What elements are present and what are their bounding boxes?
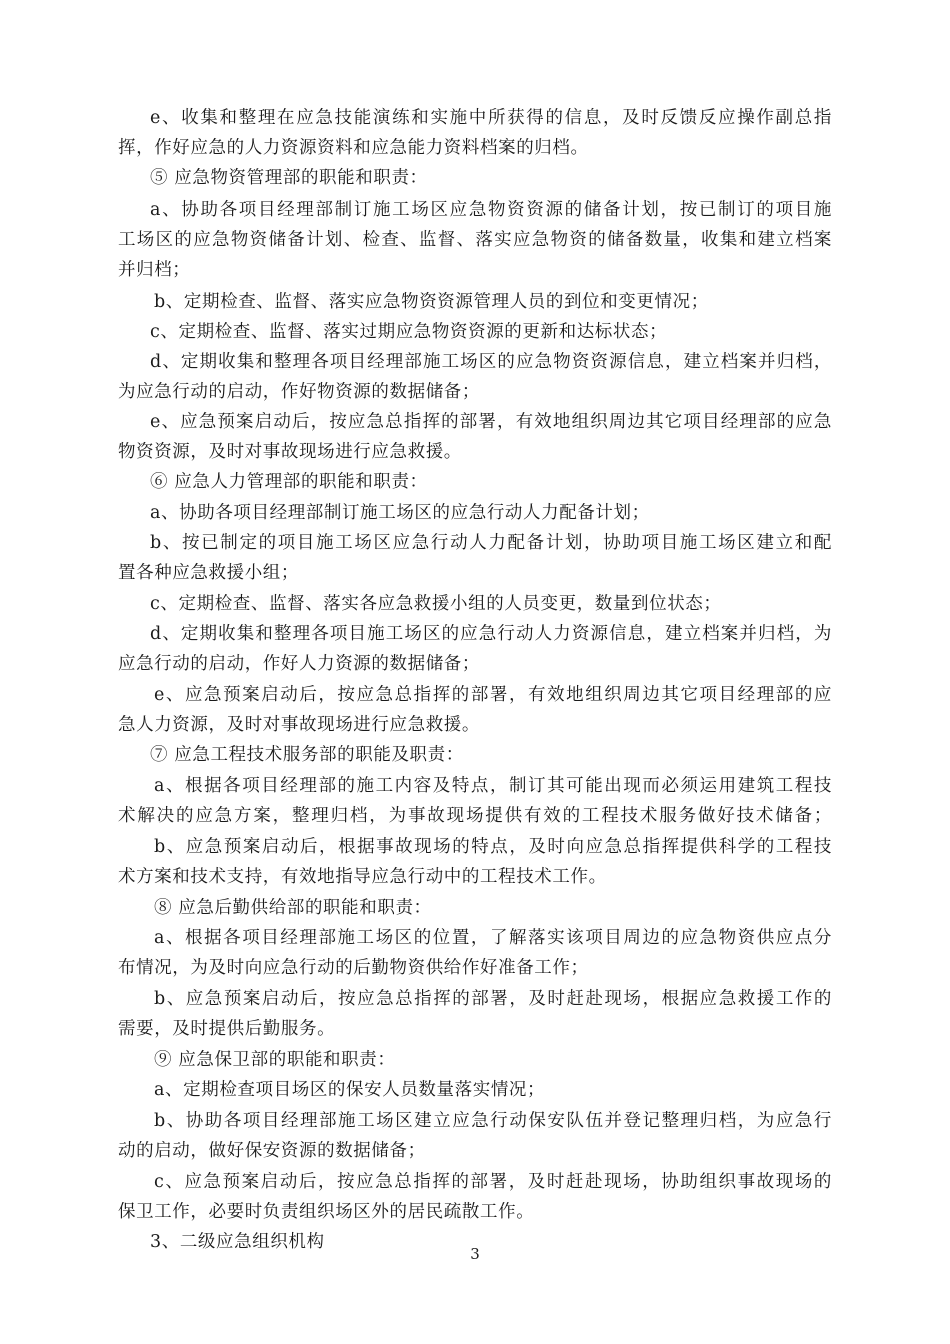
paragraph-line: 术方案和技术支持，有效地指导应急行动中的工程技术工作。 <box>118 862 832 892</box>
paragraph-line: e、应急预案启动后，按应急总指挥的部署，有效地组织周边其它项目经理部的应急 <box>118 407 832 437</box>
paragraph-line: 置各种应急救援小组； <box>118 558 832 588</box>
paragraph-line: a、根据各项目经理部的施工内容及特点，制订其可能出现而必须运用建筑工程技 <box>118 771 832 801</box>
paragraph-line: a、根据各项目经理部施工场区的位置，了解落实该项目周边的应急物资供应点分 <box>118 923 832 953</box>
paragraph-line: ⑨ 应急保卫部的职能和职责： <box>118 1045 832 1075</box>
paragraph-line: 急人力资源，及时对事故现场进行应急救援。 <box>118 710 832 740</box>
paragraph-line: d、定期收集和整理各项目施工场区的应急行动人力资源信息，建立档案并归档，为 <box>118 619 832 649</box>
paragraph-line: 应急行动的启动，作好人力资源的数据储备； <box>118 649 832 679</box>
paragraph-line: d、定期收集和整理各项目经理部施工场区的应急物资资源信息，建立档案并归档， <box>118 347 832 377</box>
paragraph-line: c、应急预案启动后，按应急总指挥的部署，及时赶赴现场，协助组织事故现场的 <box>118 1167 832 1197</box>
paragraph-line: ⑦ 应急工程技术服务部的职能及职责： <box>118 740 832 770</box>
document-page: e、收集和整理在应急技能演练和实施中所获得的信息，及时反馈反应操作副总指挥，作好… <box>0 0 950 1344</box>
paragraph-line: e、应急预案启动后，按应急总指挥的部署，有效地组织周边其它项目经理部的应 <box>118 680 832 710</box>
paragraph-line: 为应急行动的启动，作好物资源的数据储备； <box>118 377 832 407</box>
paragraph-line: a、协助各项目经理部制订施工场区应急物资资源的储备计划，按已制订的项目施 <box>118 195 832 225</box>
paragraph-line: 保卫工作，必要时负责组织场区外的居民疏散工作。 <box>118 1197 832 1227</box>
paragraph-line: c、定期检查、监督、落实各应急救援小组的人员变更，数量到位状态； <box>118 589 832 619</box>
paragraph-line: ⑥ 应急人力管理部的职能和职责： <box>118 467 832 497</box>
paragraph-line: ⑤ 应急物资管理部的职能和职责： <box>118 163 832 193</box>
paragraph-line: b、应急预案启动后，根据事故现场的特点，及时向应急总指挥提供科学的工程技 <box>118 832 832 862</box>
paragraph-line: 挥，作好应急的人力资源资料和应急能力资料档案的归档。 <box>118 133 832 163</box>
paragraph-line: 布情况，为及时向应急行动的后勤物资供给作好准备工作； <box>118 953 832 983</box>
paragraph-line: 物资资源，及时对事故现场进行应急救援。 <box>118 437 832 467</box>
paragraph-line: c、定期检查、监督、落实过期应急物资资源的更新和达标状态； <box>118 317 832 347</box>
paragraph-line: ⑧ 应急后勤供给部的职能和职责： <box>118 893 832 923</box>
paragraph-line: 动的启动，做好保安资源的数据储备； <box>118 1136 832 1166</box>
paragraph-line: a、协助各项目经理部制订施工场区的应急行动人力配备计划； <box>118 498 832 528</box>
page-number: 3 <box>0 1244 950 1264</box>
paragraph-line: b、协助各项目经理部施工场区建立应急行动保安队伍并登记整理归档，为应急行 <box>118 1106 832 1136</box>
paragraph-line: b、定期检查、监督、落实应急物资资源管理人员的到位和变更情况； <box>118 287 832 317</box>
paragraph-line: e、收集和整理在应急技能演练和实施中所获得的信息，及时反馈反应操作副总指 <box>118 103 832 133</box>
paragraph-line: 工场区的应急物资储备计划、检查、监督、落实应急物资的储备数量，收集和建立档案 <box>118 225 832 255</box>
paragraph-line: b、应急预案启动后，按应急总指挥的部署，及时赶赴现场，根据应急救援工作的 <box>118 984 832 1014</box>
paragraph-line: 术解决的应急方案，整理归档，为事故现场提供有效的工程技术服务做好技术储备； <box>118 801 832 831</box>
paragraph-line: a、定期检查项目场区的保安人员数量落实情况； <box>118 1075 832 1105</box>
paragraph-line: 需要，及时提供后勤服务。 <box>118 1014 832 1044</box>
paragraph-line: b、按已制定的项目施工场区应急行动人力配备计划，协助项目施工场区建立和配 <box>118 528 832 558</box>
paragraph-line: 并归档； <box>118 255 832 285</box>
